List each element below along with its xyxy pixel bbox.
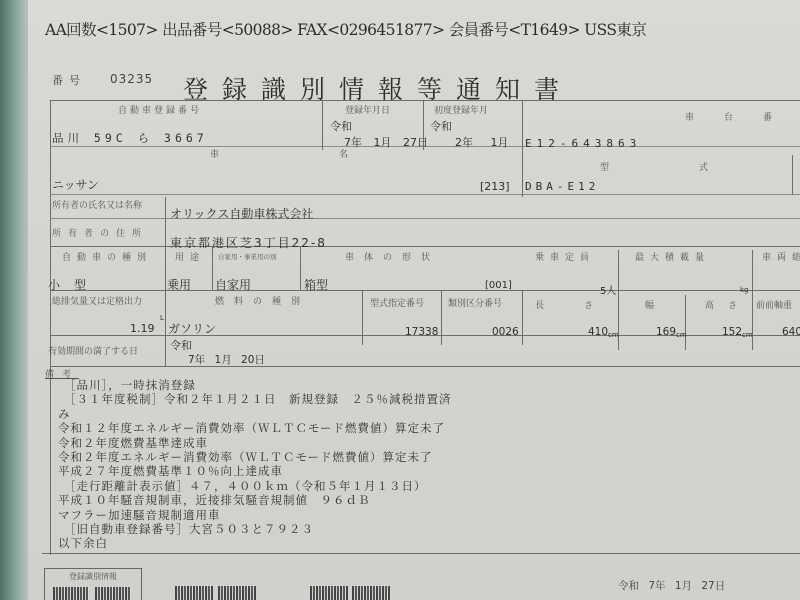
remark-line: 令和２年度エネルギー消費効率（ＷＬＴＣモード燃費値）算定未了: [58, 450, 452, 464]
vehicle-type-label: 自動車の種別: [62, 250, 152, 263]
registration-date-era: 令和: [330, 118, 352, 134]
desk-edge: [0, 0, 28, 600]
remark-line: ［旧自動車登録番号］大宮５０３と７９２３: [64, 522, 452, 536]
registration-date-label: 登録年月日: [345, 103, 390, 116]
chassis-number: E12-643863: [525, 137, 641, 150]
use-label: 用途: [175, 250, 205, 263]
remark-line: み: [58, 407, 452, 421]
max-load-unit: kg: [740, 286, 749, 294]
remark-line: 以下余白: [58, 536, 452, 550]
first-registration-label: 初度登録年月: [434, 103, 488, 116]
category: 0026: [492, 326, 519, 338]
row-divider: [50, 366, 800, 367]
category-label: 類別区分番号: [448, 296, 502, 309]
expiry-date: 7年 1月 20日: [188, 352, 265, 367]
remarks-border-bottom: [42, 553, 800, 554]
owner-name: オリックス自動車株式会社: [170, 205, 313, 222]
qr-code-icon: [218, 586, 256, 600]
height-unit: cm: [742, 331, 753, 339]
col-divider: [685, 295, 686, 350]
remark-line: 平成１０年騒音規制車，近接排気騒音規制値 ９６ｄＢ: [58, 493, 452, 507]
length: 410: [588, 326, 608, 338]
private: 自家用: [215, 276, 251, 293]
expiry-label: 有効期間の満了する日: [48, 344, 138, 357]
use: 乗用: [167, 276, 191, 293]
displacement-unit: L: [160, 314, 164, 322]
width: 169: [656, 326, 676, 338]
col-divider: [300, 246, 301, 290]
plate-label: 自動車登録番号: [118, 103, 202, 116]
fuel: ガソリン: [168, 320, 216, 337]
row-divider: [50, 290, 800, 291]
issue-date: 令和 7年 1月 27日: [618, 578, 725, 593]
col-divider: [522, 290, 523, 345]
remark-line: 平成２７年度燃費基準１０％向上達成車: [58, 464, 452, 478]
type-approval: 17338: [405, 326, 438, 338]
serial-label: 番号: [52, 72, 86, 88]
qr-code-icon: [53, 587, 89, 600]
col-divider: [522, 100, 523, 197]
max-load-label: 最大積載量: [635, 250, 710, 263]
width-unit: cm: [676, 331, 687, 339]
qr-code-icon: [352, 586, 390, 600]
col-divider: [362, 290, 363, 345]
height: 152: [722, 326, 742, 338]
vehicle-type: 小型: [48, 276, 100, 293]
owner-name-label: 所有者の氏名又は名称: [52, 198, 142, 211]
plate-number: 品川 59C ら 3667: [52, 130, 208, 146]
body-label: 車体の形状: [345, 250, 440, 263]
qr-code-icon: [310, 586, 348, 600]
gross-weight-label: 車両総重量: [762, 250, 800, 263]
front-axle-label: 前前軸重: [756, 298, 792, 311]
remark-line: マフラー加速騒音規制適用車: [58, 508, 452, 522]
capacity: 5人: [600, 282, 616, 297]
name-label: 車名: [210, 147, 468, 160]
chassis-label: 車台番号: [685, 110, 800, 123]
remarks-body: ［品川］，一時抹消登録 ［３１年度税制］令和２年１月２１日 新規登録 ２５％減税…: [58, 378, 452, 551]
col-divider: [165, 197, 166, 367]
width-label: 幅: [645, 298, 657, 311]
auction-header: AA回数<1507> 出品番号<50088> FAX<0296451877> 会…: [45, 18, 646, 40]
remark-line: 令和１２年度エネルギー消費効率（ＷＬＴＣモード燃費値）算定未了: [58, 421, 452, 435]
qr-code-icon: [95, 587, 131, 600]
model: DBA-E12: [525, 180, 599, 193]
row-divider: [50, 246, 800, 247]
body-code: [001]: [485, 280, 512, 291]
remark-line: ［品川］，一時抹消登録: [64, 378, 452, 392]
type-approval-label: 型式指定番号: [370, 296, 424, 309]
serial-number: 03235: [110, 72, 153, 86]
col-divider: [212, 246, 213, 290]
remark-line: ［３１年度税制］令和２年１月２１日 新規登録 ２５％減税措置済: [64, 392, 452, 406]
owner-address: 東京都港区芝3丁目22-8: [170, 234, 327, 251]
table-border-top: [50, 100, 800, 101]
maker: ニッサン: [52, 176, 99, 193]
qr-title: 登録識別情報: [45, 571, 141, 582]
row-divider: [50, 218, 800, 219]
front-axle: 640: [782, 326, 800, 338]
body: 箱型: [304, 276, 328, 293]
displacement-label: 総排気量又は定格出力: [52, 294, 142, 307]
col-divider: [441, 290, 442, 345]
remark-line: ［走行距離計表示値］４７，４００ｋｍ（令和５年１月１３日）: [64, 479, 452, 493]
first-registration-era: 令和: [430, 118, 452, 134]
table-border-left: [50, 100, 51, 555]
displacement: 1.19: [130, 322, 155, 335]
remark-line: 令和２年度燃費基準達成車: [58, 436, 452, 450]
model-label: 型式: [600, 160, 798, 173]
qr-code-icon: [175, 586, 213, 600]
fuel-label: 燃料の種別: [215, 294, 310, 307]
height-label: 高さ: [705, 298, 751, 311]
length-label: 長さ: [535, 298, 633, 311]
model-code: [213]: [480, 180, 510, 193]
expiry-era: 令和: [170, 337, 192, 353]
length-unit: cm: [608, 331, 619, 339]
private-label: 自家用・事業用の別: [218, 252, 277, 261]
registration-info-box: 登録識別情報: [44, 568, 142, 600]
owner-address-label: 所有者の住所: [52, 226, 148, 239]
row-divider: [50, 194, 800, 195]
col-divider: [322, 100, 323, 150]
capacity-label: 乗車定員: [535, 250, 595, 263]
